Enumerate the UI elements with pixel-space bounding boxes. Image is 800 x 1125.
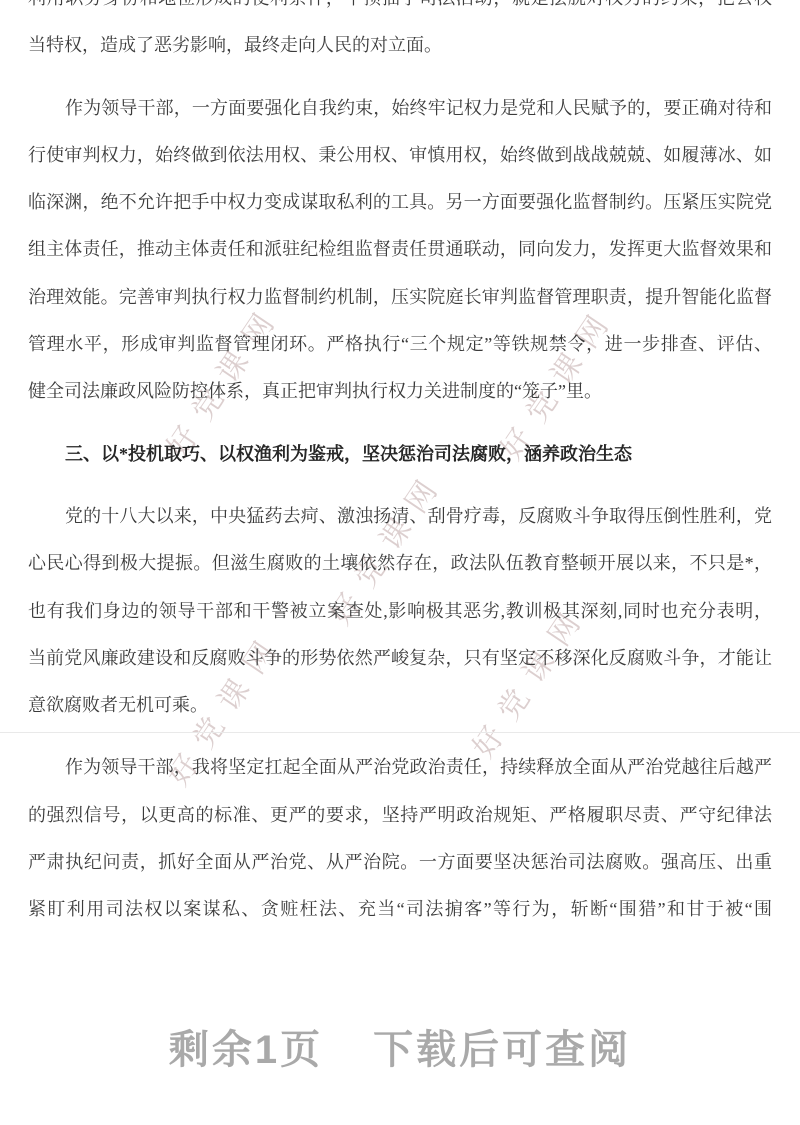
text-line: 临深渊，绝不允许把手中权力变成谋取私利的工具。另一方面要强化监督制约。压紧压实院… <box>28 179 772 226</box>
document-page: 好党课网好党课网好党课网好党课网好党课网 利用职务身份和地位形成的便利条件，干预… <box>0 0 800 1125</box>
paragraph: 利用职务身份和地位形成的便利条件，干预插手司法活动，就是摆脱对权力的约束，把公权… <box>28 0 772 70</box>
text-line: 的强烈信号，以更高的标准、更严的要求，坚持严明政治规矩、严格履职尽责、严守纪律法… <box>28 792 772 839</box>
paragraph: 作为领导干部，我将坚定扛起全面从严治党政治责任，持续释放全面从严治党越往后越严的… <box>28 744 772 933</box>
text-line: 心民心得到极大提振。但滋生腐败的土壤依然存在，政法队伍教育整顿开展以来，不只是*… <box>28 540 772 587</box>
paragraph: 作为领导干部，一方面要强化自我约束，始终牢记权力是党和人民赋予的，要正确对待和行… <box>28 85 772 416</box>
remaining-pages-banner: 剩余1页 下载后可查阅 <box>0 1018 800 1075</box>
text-line: 也有我们身边的领导干部和干警被立案查处,影响极其恶劣,教训极其深刻,同时也充分表… <box>28 588 772 635</box>
text-line: 意欲腐败者无机可乘。 <box>28 682 772 729</box>
text-line: 严肃执纪问责，抓好全面从严治党、从严治院。一方面要坚决惩治司法腐败。强高压、出重… <box>28 839 772 886</box>
download-hint-label: 下载后可查阅 <box>373 1018 631 1075</box>
text-line: 作为领导干部，我将坚定扛起全面从严治党政治责任，持续释放全面从严治党越往后越严 <box>28 744 772 791</box>
text-line: 三、以*投机取巧、以权渔利为鉴戒，坚决惩治司法腐败，涵养政治生态 <box>28 431 772 478</box>
text-line: 当特权，造成了恶劣影响，最终走向人民的对立面。 <box>28 22 772 69</box>
document-text-body: 利用职务身份和地位形成的便利条件，干预插手司法活动，就是摆脱对权力的约束，把公权… <box>28 0 772 949</box>
section-heading: 三、以*投机取巧、以权渔利为鉴戒，坚决惩治司法腐败，涵养政治生态 <box>28 431 772 478</box>
page-divider <box>0 732 800 733</box>
text-line: 组主体责任，推动主体责任和派驻纪检组监督责任贯通联动，同向发力，发挥更大监督效果… <box>28 226 772 273</box>
text-line: 行使审判权力，始终做到依法用权、秉公用权、审慎用权，始终做到战战兢兢、如履薄冰、… <box>28 132 772 179</box>
text-line: 健全司法廉政风险防控体系，真正把审判执行权力关进制度的“笼子”里。 <box>28 368 772 415</box>
text-line: 当前党风廉政建设和反腐败斗争的形势依然严峻复杂，只有坚定不移深化反腐败斗争，才能… <box>28 635 772 682</box>
pages-left-label: 剩余1页 <box>169 1018 323 1075</box>
text-line: 治理效能。完善审判执行权力监督制约机制，压实院庭长审判监督管理职责，提升智能化监… <box>28 274 772 321</box>
text-line: 作为领导干部，一方面要强化自我约束，始终牢记权力是党和人民赋予的，要正确对待和 <box>28 85 772 132</box>
text-line: 利用职务身份和地位形成的便利条件，干预插手司法活动，就是摆脱对权力的约束，把公权 <box>28 0 772 22</box>
paragraph: 党的十八大以来，中央猛药去疴、激浊扬清、刮骨疗毒，反腐败斗争取得压倒性胜利，党心… <box>28 493 772 729</box>
text-line: 紧盯利用司法权以案谋私、贪赃枉法、充当“司法掮客”等行为，斩断“围猎”和甘于被“… <box>28 886 772 933</box>
text-line: 党的十八大以来，中央猛药去疴、激浊扬清、刮骨疗毒，反腐败斗争取得压倒性胜利，党 <box>28 493 772 540</box>
text-line: 管理水平，形成审判监督管理闭环。严格执行“三个规定”等铁规禁令，进一步排查、评估… <box>28 321 772 368</box>
